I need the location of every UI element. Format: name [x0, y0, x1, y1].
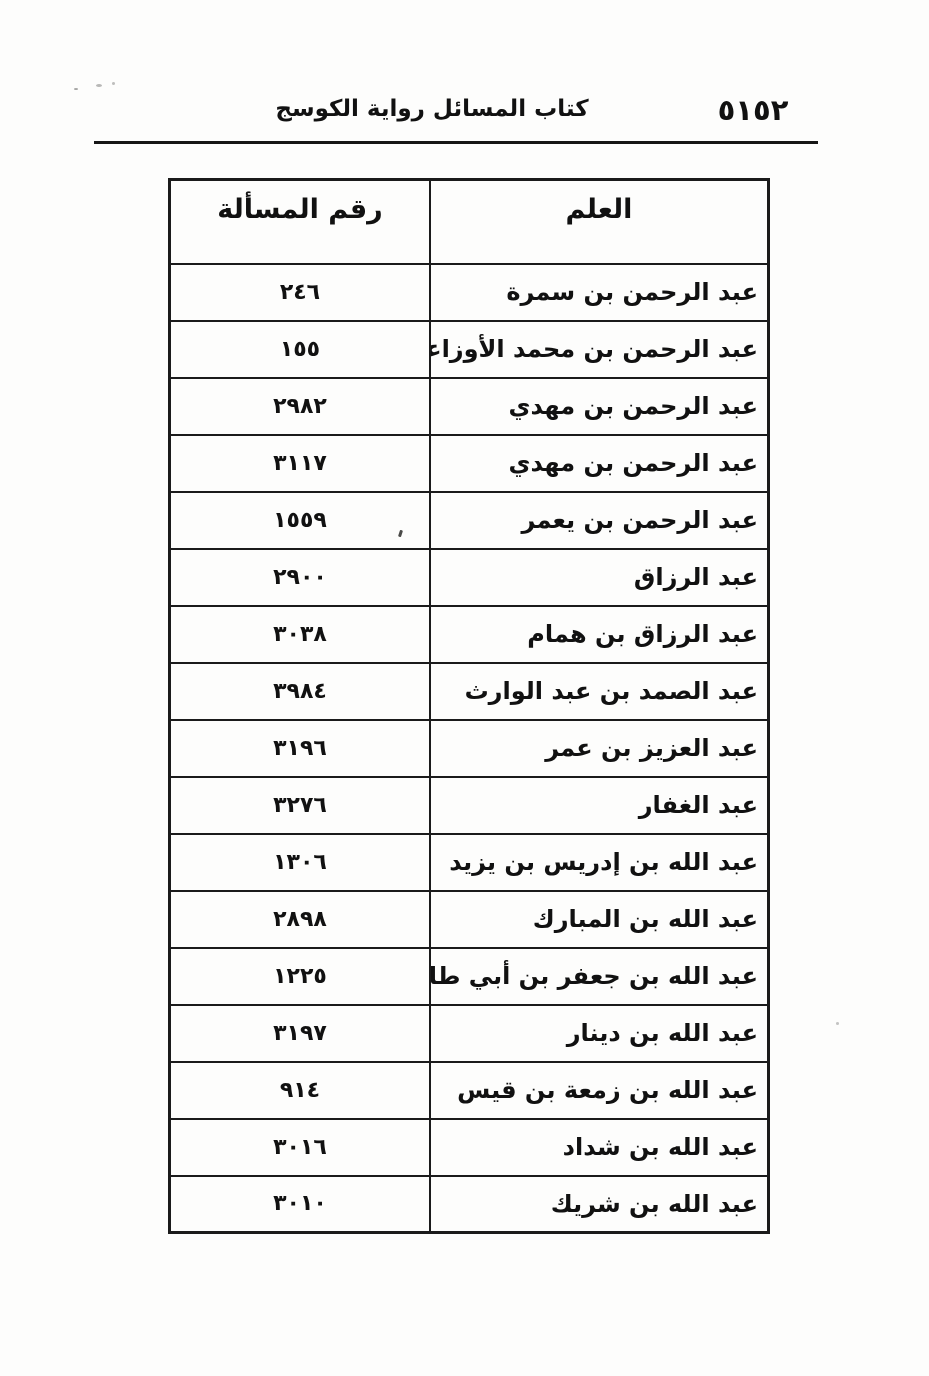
issue-number: ٩١٤ — [170, 1062, 430, 1119]
scan-speck — [96, 84, 102, 87]
issue-number: ٣٩٨٤ — [170, 663, 430, 720]
issue-number: ٣٢٧٦ — [170, 777, 430, 834]
index-table: العلم رقم المسألة عبد الرحمن بن سمرة٢٤٦ع… — [168, 178, 770, 1234]
table-row: عبد الغفار٣٢٧٦ — [170, 777, 769, 834]
issue-number: ٣١٩٧ — [170, 1005, 430, 1062]
table-row: عبد الله بن دينار٣١٩٧ — [170, 1005, 769, 1062]
table-row: عبد الله بن إدريس بن يزيد١٣٠٦ — [170, 834, 769, 891]
scholar-name: عبد الرحمن بن مهدي — [430, 378, 769, 435]
scholar-name: عبد الله بن دينار — [430, 1005, 769, 1062]
column-header-name: العلم — [430, 180, 769, 264]
header-divider — [94, 141, 818, 144]
issue-number: ٢٨٩٨ — [170, 891, 430, 948]
table-row: عبد الله بن شريك٣٠١٠ — [170, 1176, 769, 1233]
issue-number: ٣٠١٠ — [170, 1176, 430, 1233]
issue-number: ٣٠١٦ — [170, 1119, 430, 1176]
scan-speck — [836, 1022, 839, 1025]
table-row: عبد الرزاق بن همام٣٠٣٨ — [170, 606, 769, 663]
issue-number: ٣١١٧ — [170, 435, 430, 492]
scholar-name: عبد الله بن شريك — [430, 1176, 769, 1233]
issue-number: ٣١٩٦ — [170, 720, 430, 777]
page-number: ٥١٥٢ — [718, 93, 789, 127]
issue-number: ١٢٢٥ — [170, 948, 430, 1005]
scholar-name: عبد العزيز بن عمر — [430, 720, 769, 777]
table-body: عبد الرحمن بن سمرة٢٤٦عبد الرحمن بن محمد … — [170, 264, 769, 1233]
scholar-name: عبد الرحمن بن محمد الأوزاعي — [430, 321, 769, 378]
scholar-name: عبد الله بن المبارك — [430, 891, 769, 948]
scholar-name: عبد الله بن جعفر بن أبي طالب — [430, 948, 769, 1005]
table-row: عبد الصمد بن عبد الوارث٣٩٨٤ — [170, 663, 769, 720]
table-row: عبد الرحمن بن مهدي٣١١٧ — [170, 435, 769, 492]
issue-number: ١٥٥٩ — [170, 492, 430, 549]
issue-number: ٢٤٦ — [170, 264, 430, 321]
table-row: عبد الرحمن بن سمرة٢٤٦ — [170, 264, 769, 321]
document-page: ٥١٥٢ كتاب المسائل رواية الكوسج العلم رقم… — [0, 0, 929, 1376]
issue-number: ٢٩٠٠ — [170, 549, 430, 606]
scholar-name: عبد الرزاق — [430, 549, 769, 606]
issue-number: ١٥٥ — [170, 321, 430, 378]
scholar-name: عبد الرحمن بن سمرة — [430, 264, 769, 321]
column-header-issue-number: رقم المسألة — [170, 180, 430, 264]
table-row: عبد الله بن جعفر بن أبي طالب١٢٢٥ — [170, 948, 769, 1005]
table-row: عبد الرزاق٢٩٠٠ — [170, 549, 769, 606]
scholar-name: عبد الله بن زمعة بن قيس — [430, 1062, 769, 1119]
scholar-name: عبد الله بن شداد — [430, 1119, 769, 1176]
table-header: العلم رقم المسألة — [170, 180, 769, 264]
table-row: عبد الله بن المبارك٢٨٩٨ — [170, 891, 769, 948]
table-header-row: العلم رقم المسألة — [170, 180, 769, 264]
book-title: كتاب المسائل رواية الكوسج — [275, 96, 588, 122]
scholar-name: عبد الرحمن بن يعمر — [430, 492, 769, 549]
table-row: عبد الرحمن بن مهدي٢٩٨٢ — [170, 378, 769, 435]
scholar-name: عبد الله بن إدريس بن يزيد — [430, 834, 769, 891]
scholar-name: عبد الرحمن بن مهدي — [430, 435, 769, 492]
table-row: عبد الرحمن بن يعمر١٥٥٩ — [170, 492, 769, 549]
issue-number: ٣٠٣٨ — [170, 606, 430, 663]
scholar-name: عبد الصمد بن عبد الوارث — [430, 663, 769, 720]
scan-speck — [74, 88, 78, 90]
scholar-name: عبد الرزاق بن همام — [430, 606, 769, 663]
table-row: عبد الله بن شداد٣٠١٦ — [170, 1119, 769, 1176]
issue-number: ١٣٠٦ — [170, 834, 430, 891]
table-row: عبد الرحمن بن محمد الأوزاعي١٥٥ — [170, 321, 769, 378]
scan-speck — [112, 82, 115, 85]
scholar-name: عبد الغفار — [430, 777, 769, 834]
issue-number: ٢٩٨٢ — [170, 378, 430, 435]
table-row: عبد العزيز بن عمر٣١٩٦ — [170, 720, 769, 777]
table-row: عبد الله بن زمعة بن قيس٩١٤ — [170, 1062, 769, 1119]
